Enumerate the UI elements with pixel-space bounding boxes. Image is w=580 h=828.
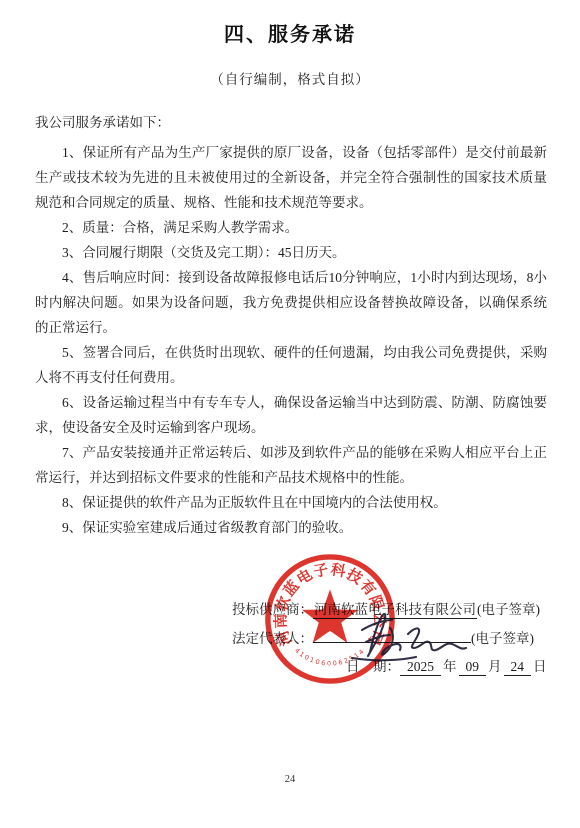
section-title: 四、服务承诺 [0,18,580,47]
commitment-item: 6、设备运输过程当中有专车专人，确保设备运输当中达到防震、防潮、防腐蚀要求，使设… [35,390,547,440]
commitment-item: 8、保证提供的软件产品为正版软件且在中国境内的合法使用权。 [35,490,547,515]
section-subtitle: （自行编制，格式自拟） [0,68,580,88]
date-year: 2025 [400,659,441,676]
document-page: 四、服务承诺 （自行编制，格式自拟） 我公司服务承诺如下： 1、保证所有产品为生… [0,0,580,828]
commitment-item: 4、售后响应时间：接到设备故障报修电话后10分钟响应，1小时内到达现场，8小时内… [35,265,547,340]
legal-rep-signature-line [313,628,471,643]
commitment-item: 1、保证所有产品为生产厂家提供的原厂设备，设备（包括零部件）是交付前最新生产或技… [35,140,547,215]
date-line: 日 期：2025年09月24日 [232,653,552,682]
year-unit: 年 [441,653,459,682]
intro-line: 我公司服务承诺如下： [35,110,547,135]
supplier-label: 投标供应商： [232,602,313,617]
commitment-item: 3、合同履行期限（交货及完工期）：45日历天。 [35,240,547,265]
supplier-line: 投标供应商：河南软蓝电子科技有限公司(电子签章) [232,596,552,625]
commitment-item: 9、保证实验室建成后通过省级教育部门的验收。 [35,515,547,540]
date-month: 09 [459,659,487,676]
commitment-body: 我公司服务承诺如下： 1、保证所有产品为生产厂家提供的原厂设备，设备（包括零部件… [35,110,547,540]
commitment-item: 5、签署合同后，在供货时出现软、硬件的任何遗漏，均由我公司免费提供，采购人将不再… [35,340,547,390]
page-number: 24 [0,774,580,785]
legal-rep-line: 法定代表人：(电子签章) [232,625,552,654]
supplier-name: 河南软蓝电子科技有限公司 [313,602,477,619]
legal-rep-label: 法定代表人： [232,631,313,646]
signature-block: 投标供应商：河南软蓝电子科技有限公司(电子签章) 法定代表人：(电子签章) 日 … [232,596,552,682]
supplier-esign-note: (电子签章) [477,602,540,617]
day-unit: 日 [531,653,549,682]
commitment-item: 7、产品安装接通并正常运转后、如涉及到软件产品的能够在采购人相应平台上正常运行，… [35,440,547,490]
legal-rep-esign-note: (电子签章) [471,631,534,646]
commitment-item: 2、质量：合格，满足采购人教学需求。 [35,215,547,240]
date-label: 日 期： [346,659,400,674]
month-unit: 月 [486,653,504,682]
date-day: 24 [504,659,532,676]
